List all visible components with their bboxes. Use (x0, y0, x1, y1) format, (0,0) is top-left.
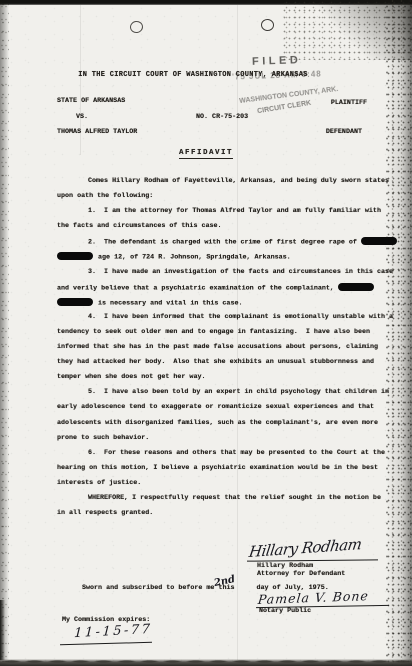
body-text: tendency to seek out older men and to en… (57, 328, 370, 336)
body-line: WHEREFORE, I respectfully request that t… (57, 494, 387, 509)
redaction-box (57, 298, 93, 306)
body-text: and verily believe that a psychiatric ex… (57, 284, 338, 292)
redaction-box (361, 237, 397, 245)
redaction-box (338, 283, 374, 291)
body-line: 6. For these reasons and others that may… (57, 449, 387, 464)
body-line: the facts and circumstances of this case… (57, 222, 387, 237)
body-text: early adolescence tend to exaggerate or … (57, 403, 374, 411)
body-line: temper when she does not get her way. (57, 373, 387, 388)
notary-signature: Pamela V. Bone (257, 588, 369, 607)
caption-plaintiff-role: PLAINTIFF (331, 99, 367, 107)
body-line: upon oath the following: (57, 192, 387, 207)
body-line: early adolescence tend to exaggerate or … (57, 403, 387, 418)
body-text: 4. I have been informed that the complai… (88, 313, 393, 321)
hole-punch-icon (129, 20, 144, 34)
body-line: 5. I have also been told by an expert in… (57, 388, 387, 403)
sworn-prefix: Sworn and subscribed to before me this (82, 584, 235, 592)
hole-punch-icon (260, 18, 274, 31)
scan-edge-right (386, 0, 412, 666)
body-line: 1. I am the attorney for Thomas Alfred T… (57, 207, 387, 222)
body-text: WHEREFORE, I respectfully request that t… (88, 494, 381, 502)
body-text: 2. The defendant is charged with the cri… (88, 239, 361, 247)
body-line: adolescents with disorganized families, … (57, 419, 387, 434)
caption-plaintiff-name: STATE OF ARKANSAS (57, 97, 125, 105)
body-text: they had attacked her body. Also that sh… (57, 358, 374, 366)
scanned-affidavit-page: FILED '75 JUL 28 AM 9:48 WASHINGTON COUN… (0, 0, 412, 666)
attorney-title: Attorney for Defendant (257, 570, 345, 578)
court-heading: IN THE CIRCUIT COURT OF WASHINGTON COUNT… (0, 71, 386, 79)
body-line: is necessary and vital in this case. (57, 298, 387, 313)
body-text: prone to such behavior. (57, 434, 149, 442)
body-line: Comes Hillary Rodham of Fayetteville, Ar… (57, 177, 387, 192)
body-line: hearing on this motion, I believe a psyc… (57, 464, 387, 479)
body-line: tendency to seek out older men and to en… (57, 328, 387, 343)
scan-edge-bottom (0, 657, 412, 666)
commission-date-underline (60, 642, 152, 645)
body-text: age 12, of 724 R. Johnson, Springdale, A… (94, 254, 291, 262)
body-text: informed that she has in the past made f… (57, 343, 378, 351)
body-text: 1. I am the attorney for Thomas Alfred T… (88, 207, 381, 215)
body-line: in all respects granted. (57, 509, 387, 524)
body-text: temper when she does not get her way. (57, 373, 206, 381)
body-line: 4. I have been informed that the complai… (57, 313, 387, 328)
commission-date-handwritten: 11-15-77 (74, 622, 153, 641)
body-text: Comes Hillary Rodham of Fayetteville, Ar… (88, 177, 389, 185)
body-line: informed that she has in the past made f… (57, 343, 387, 358)
caption-defendant-role: DEFENDANT (326, 128, 362, 136)
notary-title: Notary Public (259, 607, 311, 615)
caption-vs-label: VS. (76, 113, 88, 121)
body-line: and verily believe that a psychiatric ex… (57, 283, 387, 298)
caption-defendant-name: THOMAS ALFRED TAYLOR (57, 128, 137, 136)
body-text: interests of justice. (57, 479, 141, 487)
body-line: they had attacked her body. Also that sh… (57, 358, 387, 373)
attorney-signature: Hillary Rodham (248, 535, 363, 561)
body-line: interests of justice. (57, 479, 387, 494)
body-line: prone to such behavior. (57, 434, 387, 449)
filed-stamp-label: FILED (252, 54, 302, 68)
body-text: the facts and circumstances of this case… (57, 222, 222, 230)
body-line: age 12, of 724 R. Johnson, Springdale, A… (57, 252, 387, 267)
caption-case-number: NO. CR-75-203 (196, 113, 248, 121)
body-text: is necessary and vital in this case. (94, 299, 243, 307)
body-line: 2. The defendant is charged with the cri… (57, 237, 387, 252)
attorney-typed-name: Hillary Rodham (257, 562, 313, 570)
scan-edge-left (0, 0, 9, 666)
filed-stamp-clerk: CIRCUIT CLERK (257, 100, 312, 115)
body-text: 5. I have also been told by an expert in… (88, 388, 389, 396)
redaction-box (57, 252, 93, 260)
body-text: upon oath the following: (57, 192, 153, 200)
scan-smudge-bottom-left (0, 600, 5, 660)
body-text: adolescents with disorganized families, … (57, 419, 378, 427)
body-text: hearing on this motion, I believe a psyc… (57, 464, 378, 472)
affidavit-body: Comes Hillary Rodham of Fayetteville, Ar… (57, 177, 387, 524)
document-title: AFFIDAVIT (0, 149, 412, 157)
body-text: 3. I have made an investigation of the f… (88, 268, 393, 276)
body-line: 3. I have made an investigation of the f… (57, 268, 387, 283)
body-text: 6. For these reasons and others that may… (88, 449, 385, 457)
body-text: in all respects granted. (57, 509, 153, 517)
